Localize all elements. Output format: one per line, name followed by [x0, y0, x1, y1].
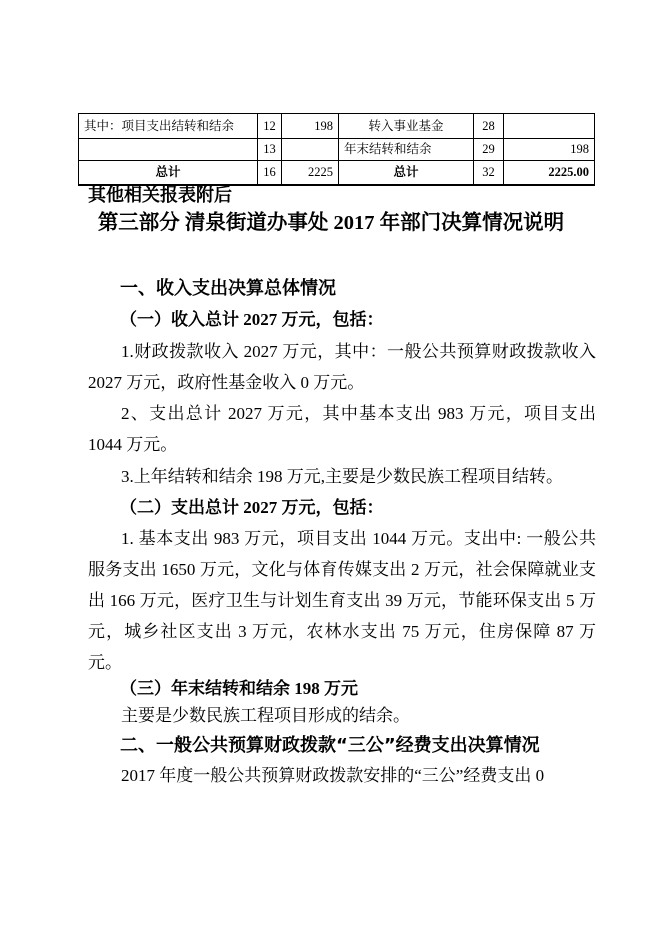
section-title: 第三部分 清泉街道办事处 2017 年部门决算情况说明 — [0, 208, 662, 239]
financial-summary-table: 其中：项目支出结转和结余 12 198 转入事业基金 28 13 年末结转和结余… — [78, 113, 595, 186]
table-cell-value: 198 — [504, 139, 595, 161]
paragraph-carryover-reason: 主要是少数民族工程项目形成的结余。 — [88, 700, 596, 731]
table-cell-line-no: 29 — [474, 139, 504, 161]
paragraph-carryover-prev-year: 3.上年结转和结余 198 万元,主要是少数民族工程项目结转。 — [88, 461, 596, 492]
heading-income-expense-overview: 一、收入支出决算总体情况 — [120, 273, 596, 304]
table-cell-label: 其中：项目支出结转和结余 — [79, 114, 258, 139]
table-cell-label — [79, 139, 258, 161]
subheading-total-expense: （二）支出总计 2027 万元，包括： — [120, 492, 596, 523]
table-cell-line-no: 28 — [474, 114, 504, 139]
document-page: 其中：项目支出结转和结余 12 198 转入事业基金 28 13 年末结转和结余… — [0, 0, 662, 936]
paragraph-total-expense: 2、支出总计 2027 万元，其中基本支出 983 万元，项目支出 1044 万… — [88, 398, 596, 460]
attachment-note: 其他相关报表附后 — [88, 180, 596, 211]
table-cell-label: 年末结转和结余 — [339, 139, 474, 161]
table-cell-value — [504, 114, 595, 139]
paragraph-fiscal-income: 1.财政拨款收入 2027 万元，其中：一般公共预算财政拨款收入 2027 万元… — [88, 336, 596, 398]
paragraph-expense-breakdown: 1. 基本支出 983 万元，项目支出 1044 万元。支出中: 一般公共服务支… — [88, 523, 596, 678]
table-cell-label: 转入事业基金 — [339, 114, 474, 139]
table-cell-value — [282, 139, 339, 161]
table-cell-value: 198 — [282, 114, 339, 139]
heading-three-public-expenses: 二、一般公共预算财政拨款“三公”经费支出决算情况 — [120, 730, 596, 761]
table-row: 其中：项目支出结转和结余 12 198 转入事业基金 28 — [79, 114, 595, 139]
table-cell-line-no: 12 — [258, 114, 282, 139]
table-cell-line-no: 13 — [258, 139, 282, 161]
subheading-total-income: （一）收入总计 2027 万元，包括： — [120, 304, 596, 335]
table-row: 13 年末结转和结余 29 198 — [79, 139, 595, 161]
paragraph-three-public-amount: 2017 年度一般公共预算财政拨款安排的“三公”经费支出 0 — [88, 760, 596, 791]
